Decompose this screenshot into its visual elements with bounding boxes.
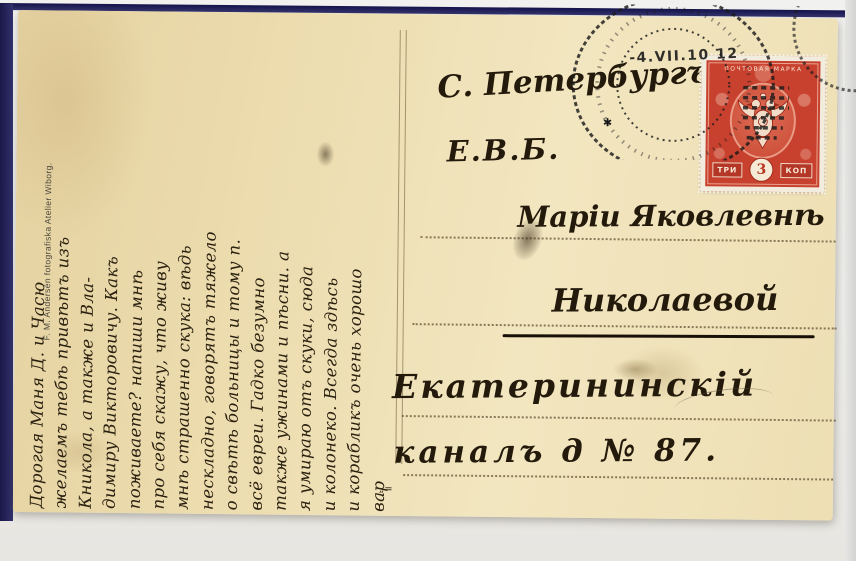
stamp-right-label: КОП — [780, 162, 812, 177]
address-house: каналъ д № 87. — [393, 433, 720, 471]
message-line: и корабликъ очень хорошо — [342, 33, 371, 511]
postage-stamp: ПОЧТОВАЯ МАРКА ТРИ 3 КОП — [700, 55, 825, 192]
postcard: Дорогая Маня Д. и Часюжелаемъ тебѣ привѣ… — [13, 10, 838, 521]
address-dotted-line-3 — [402, 415, 836, 422]
stamp-frame: ПОЧТОВАЯ МАРКА ТРИ 3 КОП — [707, 62, 818, 185]
address-dotted-line-1 — [421, 236, 836, 242]
scanner-edge-right — [845, 0, 856, 561]
message-block: Дорогая Маня Д. и Часюжелаемъ тебѣ привѣ… — [25, 30, 398, 512]
stamp-center-oval — [729, 82, 796, 159]
address-surname: Николаевой — [510, 280, 820, 320]
double-headed-eagle-icon — [736, 89, 791, 152]
closing-mark: „= — [379, 484, 393, 495]
stamp-bottom-band: ТРИ 3 КОП — [708, 158, 816, 181]
stamp-top-label: ПОЧТОВАЯ МАРКА — [709, 65, 817, 73]
stamp-left-label: ТРИ — [712, 162, 742, 177]
address-honorific: Е.В.Б. — [446, 132, 560, 169]
stamp-value: 3 — [749, 158, 773, 182]
address-city: С. Петербургъ — [436, 54, 710, 106]
atelier-imprint: F. M. Andersén fotografiska Atelier Wibo… — [42, 140, 56, 340]
postmark-star: ✱ — [603, 116, 612, 129]
address-name: Маріи Яковлевнѣ — [511, 198, 831, 234]
address-dotted-line-2 — [413, 323, 837, 329]
message-line: вар — [366, 34, 395, 512]
address-dotted-line-4 — [403, 474, 833, 481]
album-edge-left — [0, 4, 13, 521]
surname-underline — [503, 334, 815, 338]
